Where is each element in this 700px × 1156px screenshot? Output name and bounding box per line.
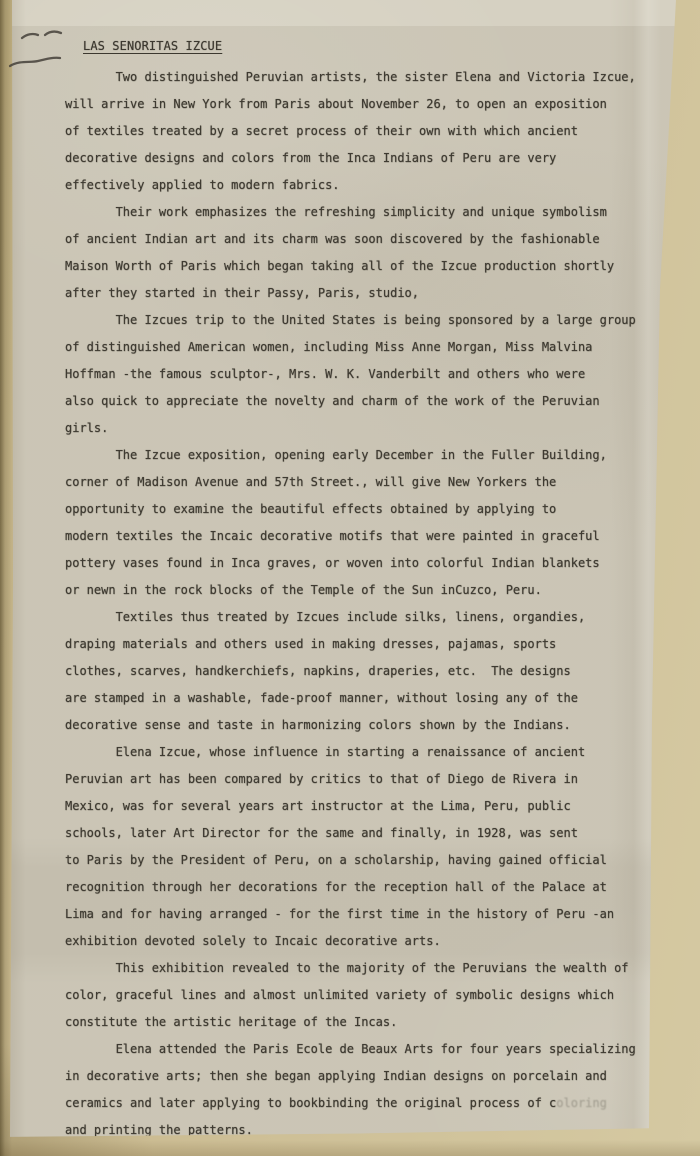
- text-line: will arrive in New York from Paris about…: [65, 91, 625, 118]
- text-line: schools, later Art Director for the same…: [65, 820, 625, 847]
- document-body: Two distinguished Peruvian artists, the …: [65, 64, 625, 1144]
- text-line: of ancient Indian art and its charm was …: [65, 226, 625, 253]
- text-line: Textiles thus treated by Izcues include …: [65, 604, 625, 631]
- text-line: Two distinguished Peruvian artists, the …: [65, 64, 625, 91]
- text-line: of distinguished American women, includi…: [65, 334, 625, 361]
- text-line: Lima and for having arranged - for the f…: [65, 901, 625, 928]
- text-line: color, graceful lines and almost unlimit…: [65, 982, 625, 1009]
- document-page: LAS SENORITAS IZCUE Two distinguished Pe…: [0, 0, 700, 1156]
- text-line: or newn in the rock blocks of the Temple…: [65, 577, 625, 604]
- text-line: also quick to appreciate the novelty and…: [65, 388, 625, 415]
- text-line: to Paris by the President of Peru, on a …: [65, 847, 625, 874]
- text-line: decorative sense and taste in harmonizin…: [65, 712, 625, 739]
- text-line: Their work emphasizes the refreshing sim…: [65, 199, 625, 226]
- text-line: are stamped in a washable, fade-proof ma…: [65, 685, 625, 712]
- text-line: Elena attended the Paris Ecole de Beaux …: [65, 1036, 625, 1063]
- text-line: girls.: [65, 415, 625, 442]
- text-line: and printing the patterns.: [65, 1117, 625, 1144]
- text-line: Maison Worth of Paris which began taking…: [65, 253, 625, 280]
- text-line: draping materials and others used in mak…: [65, 631, 625, 658]
- text-line: after they started in their Passy, Paris…: [65, 280, 625, 307]
- text-line: ceramics and later applying to bookbindi…: [65, 1090, 625, 1117]
- text-line: decorative designs and colors from the I…: [65, 145, 625, 172]
- text-line: Hoffman -the famous sculptor-, Mrs. W. K…: [65, 361, 625, 388]
- text-line: clothes, scarves, handkerchiefs, napkins…: [65, 658, 625, 685]
- text-line: effectively applied to modern fabrics.: [65, 172, 625, 199]
- text-line: in decorative arts; then she began apply…: [65, 1063, 625, 1090]
- text-line: corner of Madison Avenue and 57th Street…: [65, 469, 625, 496]
- text-line: constitute the artistic heritage of the …: [65, 1009, 625, 1036]
- text-line: modern textiles the Incaic decorative mo…: [65, 523, 625, 550]
- text-line: This exhibition revealed to the majority…: [65, 955, 625, 982]
- text-line: opportunity to examine the beautiful eff…: [65, 496, 625, 523]
- text-line: exhibition devoted solely to Incaic deco…: [65, 928, 625, 955]
- page-title: LAS SENORITAS IZCUE: [83, 39, 222, 53]
- text-line: recognition through her decorations for …: [65, 874, 625, 901]
- text-line: Elena Izcue, whose influence in starting…: [65, 739, 625, 766]
- text-line: of textiles treated by a secret process …: [65, 118, 625, 145]
- text-line: The Izcues trip to the United States is …: [65, 307, 625, 334]
- text-line: Peruvian art has been compared by critic…: [65, 766, 625, 793]
- mat-background: LAS SENORITAS IZCUE Two distinguished Pe…: [0, 0, 700, 1156]
- text-line: Mexico, was for several years art instru…: [65, 793, 625, 820]
- text-line: The Izcue exposition, opening early Dece…: [65, 442, 625, 469]
- text-line: pottery vases found in Inca graves, or w…: [65, 550, 625, 577]
- faded-text: oloring: [556, 1096, 607, 1110]
